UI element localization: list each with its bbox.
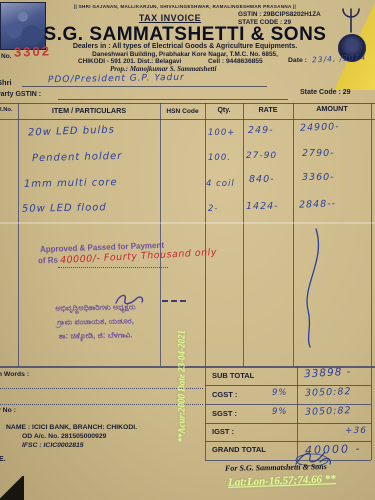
row3-item: 1mm multi core	[24, 177, 118, 190]
note-fragment: E.	[0, 456, 6, 463]
state-code-right: State Code : 29	[300, 89, 351, 96]
col-header-amount: AMOUNT	[293, 104, 371, 113]
bank-account: OD A/c. No. 281505000929	[22, 433, 106, 440]
igst-label: IGST :	[212, 427, 234, 436]
igst-value: +36	[345, 426, 367, 436]
row3-amount: 3360-	[302, 172, 335, 183]
row4-amount: 2848--	[299, 198, 336, 210]
row2-qty: 100.	[208, 153, 231, 163]
approved-stamp-line2: of Rs	[38, 256, 58, 266]
kannada-stamp-line1: ಅಭಿವೃದ್ಧಿಅಧಿಕಾರಿಗಳು ಅಧ್ಯಕ್ಷರು	[8, 301, 183, 314]
totals-row-line3	[205, 423, 371, 424]
row2-amount: 2790-	[302, 148, 335, 159]
col-header-qty: Qty.	[205, 107, 243, 114]
tax-invoice-title: TAX INVOICE	[110, 13, 230, 23]
totals-bottom-border	[205, 460, 371, 461]
col-line-rate	[293, 103, 294, 366]
col-header-hsn: HSN Code	[160, 108, 205, 115]
row1-qty: 100+	[208, 128, 235, 138]
cgst-percent: 9%	[272, 388, 288, 398]
gps-latlon-watermark: Lat:Lon-16.57:74.66 **	[228, 473, 336, 489]
sgst-label: SGST :	[212, 409, 237, 418]
grand-total-label: GRAND TOTAL	[212, 445, 266, 454]
proprietor-line: Prop.: Manojkumar S. Sammatshetti	[110, 65, 216, 73]
buyer-name-handwritten: PDO/President G.P. Yadur	[48, 73, 185, 85]
bank-ifsc: IFSC : ICIC0002815	[22, 442, 84, 449]
kannada-stamp-line2: ಗ್ರಾಮ ಪಂಚಾಯತ, ಯಡೂರ,	[8, 315, 183, 328]
kannada-stamp-line3: ತಾ: ಚಿಕ್ಕೋಡಿ, ಜಿ: ಬೆಳಗಾವಿ.	[8, 329, 183, 342]
in-words-dots2	[0, 403, 203, 405]
col-line-qty	[243, 103, 244, 366]
totals-box-left	[205, 366, 206, 460]
in-words-label: In Words :	[0, 371, 29, 378]
in-words-dots1	[0, 387, 203, 389]
row2-item: Pendent holder	[32, 151, 123, 164]
party-gstin-label: Party GSTIN :	[0, 91, 41, 98]
background-corner-bottomleft	[0, 476, 24, 500]
row4-qty: 2-	[208, 204, 218, 214]
shri-underline	[22, 86, 267, 87]
invoice-no-label: No.	[1, 53, 11, 60]
row2-rate: 27-90	[246, 151, 277, 161]
invoice-photo: || SHRI GAJANAN, MALLIKARJUN, SHIVALINGE…	[0, 0, 375, 500]
row3-rate: 840-	[249, 174, 275, 185]
bank-name: NAME : ICICI BANK, BRANCH: CHIKODI.	[6, 424, 137, 431]
row4-rate: 1424-	[246, 201, 279, 212]
signature-squiggle-icon	[300, 225, 328, 350]
col-line-item	[160, 103, 161, 366]
col-line-hsn	[205, 103, 206, 366]
col-header-item: ITEM / PARTICULARS	[18, 106, 160, 115]
trident-icon	[340, 8, 362, 34]
blessing-line: || SHRI GAJANAN, MALLIKARJUN, SHIVALINGE…	[60, 4, 310, 9]
row3-qty: 4 coil	[206, 179, 235, 189]
cell-number: Cell : 9448636855	[208, 58, 263, 65]
address-line2: CHIKODI - 591 201. Dist.: Belagavi	[78, 58, 181, 65]
paper-crease	[0, 222, 375, 224]
invoice-number: 3302	[14, 43, 51, 59]
approved-stamp-dots	[58, 266, 168, 268]
row1-amount: 24900-	[300, 121, 340, 133]
gstin-label: GSTIN : 29BCIPS8202H1ZA	[238, 11, 321, 18]
table-right-border	[371, 103, 372, 460]
cheque-no-label: y No :	[0, 407, 16, 414]
cgst-value: 3050:82	[305, 386, 352, 399]
subtotal-label: SUB TOTAL	[212, 371, 254, 380]
gps-date-watermark: **Acur:2000 Date 23-04-2021	[177, 330, 187, 443]
totals-amount-divider	[297, 366, 298, 460]
row1-item: 20w LED bulbs	[28, 124, 115, 138]
shri-label: Shri	[0, 78, 12, 87]
row1-rate: 249-	[248, 125, 274, 136]
cgst-label: CGST :	[212, 390, 237, 399]
dealers-line: Dealers in : All types of Electrical Goo…	[40, 43, 330, 50]
date-label: Date :	[288, 57, 307, 64]
subtotal-value: 33898 -	[304, 366, 352, 380]
row4-item: 50w LED flood	[22, 202, 107, 214]
col-header-slno: l.No.	[0, 107, 13, 113]
for-company-signature: For S.G. Sammatshetti & Sons	[225, 462, 327, 473]
sgst-percent: 9%	[272, 407, 288, 417]
address-line1: Daneshwari Building, Prabhakar Kore Naga…	[50, 51, 320, 58]
col-header-rate: RATE	[243, 105, 293, 114]
table-header-bottom-border	[0, 119, 375, 120]
party-gstin-underline	[58, 99, 288, 100]
sgst-value: 3050:82	[305, 405, 352, 418]
